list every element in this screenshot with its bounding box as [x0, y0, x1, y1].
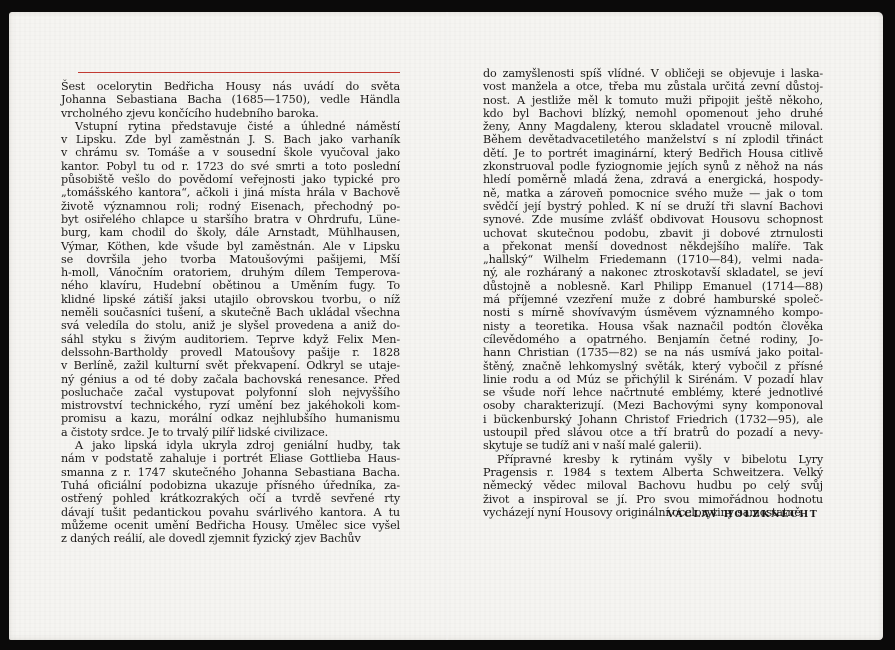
text-line: skytuje se tudíž ani v naší malé galerii…	[483, 439, 823, 452]
text-line: „hallský“ Wilhelm Friedemann (1710—84), …	[483, 253, 823, 266]
text-line: se všude noří lehce načrtnuté emblémy, k…	[483, 386, 823, 399]
page-fold	[446, 12, 448, 640]
text-line: ného klavíru, Hudební obětinou a Uměním …	[61, 279, 400, 292]
text-line: synové. Zde musíme zvlášť obdivovat Hous…	[483, 213, 823, 226]
text-line: vost manžela a otce, třeba mu zůstala ur…	[483, 80, 823, 93]
text-line: v Lipsku. Zde byl zaměstnán J. S. Bach j…	[61, 133, 400, 146]
author-signature: VÁCLAV HOLZKNECHT	[667, 509, 818, 520]
text-line: německý vědec miloval Bachovu hudbu po c…	[483, 479, 823, 492]
text-line: i bückenburský Johann Christof Friedrich…	[483, 413, 823, 426]
text-line: nost. A jestliže měl k tomuto muži připo…	[483, 94, 823, 107]
text-line: z daných reálií, ale dovedl zjemnit fyzi…	[61, 532, 400, 545]
text-line: můžeme ocenit umění Bedřicha Housy. Uměl…	[61, 519, 400, 532]
text-line: život a inspiroval se jí. Pro svou mimoř…	[483, 493, 823, 506]
text-line: má příjemné vzezření muže z dobré hambur…	[483, 293, 823, 306]
text-line: se dovršila jeho tvorba Matoušovými paši…	[61, 253, 400, 266]
text-line: zkonstruoval podle fyziognomie jejích sy…	[483, 160, 823, 173]
text-line: delssohn-Bartholdy provedl Matoušovy paš…	[61, 346, 400, 359]
text-line: životě významnou roli; rodný Eisenach, p…	[61, 200, 400, 213]
text-line: kantor. Pobyl tu od r. 1723 do své smrti…	[61, 160, 400, 173]
text-line: nám v podstatě zahaluje i portrét Eliase…	[61, 452, 400, 465]
text-line: hann Christian (1735—82) se na nás usmív…	[483, 346, 823, 359]
text-line: ženy, Anny Magdaleny, kterou skladatel v…	[483, 120, 823, 133]
text-line: kdo byl Bachovi blízký, nemohl opomenout…	[483, 107, 823, 120]
text-line: štěný, značně lehkomyslný světák, který …	[483, 360, 823, 373]
text-line: v Berlíně, zažil kulturní svět překvapen…	[61, 359, 400, 372]
text-line: Johanna Sebastiana Bacha (1685—1750), ve…	[61, 93, 400, 106]
text-line: a překonat menší dovednost někdejšího ma…	[483, 240, 823, 253]
text-line: burg, kam chodil do školy, dále Arnstadt…	[61, 226, 400, 239]
red-top-rule	[78, 72, 400, 73]
text-line: sáhl styku s živým auditoriem. Teprve kd…	[61, 333, 400, 346]
text-line: a čistoty srdce. Je to trvalý pilíř lids…	[61, 426, 400, 439]
text-line: nisty a teoretika. Housa však naznačil p…	[483, 320, 823, 333]
left-page-text: Šest ocelorytin Bedřicha Housy nás uvádí…	[61, 80, 400, 545]
text-line: osoby charakterizují. (Mezi Bachovými sy…	[483, 399, 823, 412]
text-line: Tuhá oficiální podobizna ukazuje přísnéh…	[61, 479, 400, 492]
text-line: smanna z r. 1747 skutečného Johanna Seba…	[61, 466, 400, 479]
text-line: neměli současníci tušení, a skutečně Bac…	[61, 306, 400, 319]
text-line: v chrámu sv. Tomáše a v sousední škole v…	[61, 146, 400, 159]
text-line: Výmar, Köthen, kde všude byl zaměstnán. …	[61, 240, 400, 253]
text-line: důstojně a noblesně. Karl Philipp Emanue…	[483, 280, 823, 293]
text-line: Šest ocelorytin Bedřicha Housy nás uvádí…	[61, 80, 400, 93]
text-line: h-moll, Vánočním oratoriem, druhým dílem…	[61, 266, 400, 279]
text-line: nosti s mírně shovívavým úsměvem významn…	[483, 306, 823, 319]
text-line: ostřený pohled krátkozrakých očí a tvrdě…	[61, 492, 400, 505]
text-line: vrcholného zjevu končícího hudebního bar…	[61, 107, 400, 120]
text-line: klidné lipské zátiší jaksi utajilo obrov…	[61, 293, 400, 306]
right-page-text: do zamyšlenosti spíš vlídné. V obličeji …	[483, 67, 823, 519]
text-line: ně, matka a zároveň pomocnice svého muže…	[483, 187, 823, 200]
text-line: Přípravné kresby k rytinám vyšly v bibel…	[483, 453, 823, 466]
text-line: dětí. Je to portrét imaginární, který Be…	[483, 147, 823, 160]
text-line: hledí poměrně mladá žena, zdravá a energ…	[483, 173, 823, 186]
text-line: svědčí její bystrý pohled. K ní se druží…	[483, 200, 823, 213]
text-line: Během devětadvacetiletého manželství s n…	[483, 133, 823, 146]
text-line: linie rodu a od Múz se přichýlil k Sirén…	[483, 373, 823, 386]
text-line: ustoupil před slávou otce a tří bratrů d…	[483, 426, 823, 439]
text-line: do zamyšlenosti spíš vlídné. V obličeji …	[483, 67, 823, 80]
text-line: působiště vešlo do povědomí veřejnosti j…	[61, 173, 400, 186]
text-line: byt osiřelého chlapce u staršího bratra …	[61, 213, 400, 226]
text-line: cílevědomého a opatrného. Benjamín četné…	[483, 333, 823, 346]
text-line: A jako lipská idyla ukryla zdroj geniáln…	[61, 439, 400, 452]
text-line: dávají tušit pedantickou povahu svárlivé…	[61, 506, 400, 519]
text-line: Vstupní rytina představuje čisté a úhled…	[61, 120, 400, 133]
text-line: posluchače začal vystupovat polyfonní sl…	[61, 386, 400, 399]
text-line: ný, ale rozháraný a nakonec ztroskotavší…	[483, 266, 823, 279]
text-line: svá veledíla do stolu, aniž je slyšel pr…	[61, 319, 400, 332]
text-line: „tomášského kantora“, ačkoli i jiná míst…	[61, 186, 400, 199]
text-line: Pragensis r. 1984 s textem Alberta Schwe…	[483, 466, 823, 479]
text-line: mistrovství technického, ryzí umění bez …	[61, 399, 400, 412]
text-line: uchovat skutečnou podobu, zbavit ji dobo…	[483, 227, 823, 240]
text-line: promisu a kazu, morální odkaz nejhlubšíh…	[61, 412, 400, 425]
text-line: ný génius a od té doby začala bachovská …	[61, 373, 400, 386]
